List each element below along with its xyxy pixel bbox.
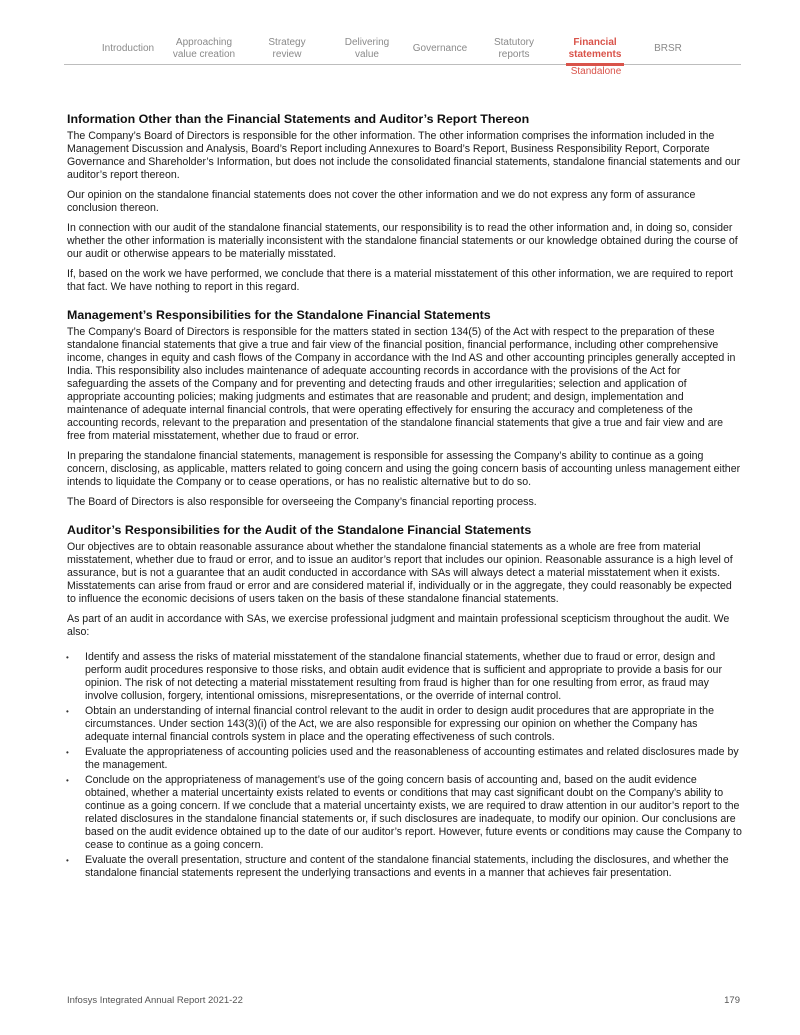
footer-report-title: Infosys Integrated Annual Report 2021-22 — [67, 995, 243, 1006]
paragraph: Our opinion on the standalone financial … — [67, 189, 743, 215]
bullet-item: Obtain an understanding of internal fina… — [67, 705, 743, 744]
section-management-responsibilities: Management’s Responsibilities for the St… — [67, 308, 743, 509]
section-heading: Auditor’s Responsibilities for the Audit… — [67, 523, 743, 538]
nav-governance[interactable]: Governance — [408, 34, 472, 64]
paragraph: The Board of Directors is also responsib… — [67, 496, 743, 509]
paragraph: Our objectives are to obtain reasonable … — [67, 541, 743, 606]
bullet-item: Evaluate the overall presentation, struc… — [67, 854, 743, 880]
nav-brsr[interactable]: BRSR — [642, 34, 694, 64]
nav-approaching-value-creation[interactable]: Approaching value creation — [168, 34, 240, 64]
paragraph: The Company’s Board of Directors is resp… — [67, 326, 743, 443]
bullet-item: Identify and assess the risks of materia… — [67, 651, 743, 703]
paragraph: The Company’s Board of Directors is resp… — [67, 130, 743, 182]
paragraph: As part of an audit in accordance with S… — [67, 613, 743, 639]
bullet-list: Identify and assess the risks of materia… — [67, 651, 743, 880]
nav-delivering-value[interactable]: Delivering value — [332, 34, 402, 64]
bullet-item: Evaluate the appropriateness of accounti… — [67, 746, 743, 772]
nav-strategy-review[interactable]: Strategy review — [254, 34, 320, 64]
nav-statutory-reports[interactable]: Statutory reports — [482, 34, 546, 64]
section-nav: Introduction Approaching value creation … — [64, 34, 741, 65]
subnav-standalone[interactable]: Standalone — [566, 66, 626, 77]
section-auditor-responsibilities: Auditor’s Responsibilities for the Audit… — [67, 523, 743, 880]
paragraph: In preparing the standalone financial st… — [67, 450, 743, 489]
paragraph: If, based on the work we have performed,… — [67, 268, 743, 294]
paragraph: In connection with our audit of the stan… — [67, 222, 743, 261]
section-heading: Information Other than the Financial Sta… — [67, 112, 743, 127]
section-other-information: Information Other than the Financial Sta… — [67, 112, 743, 294]
bullet-item: Conclude on the appropriateness of manag… — [67, 774, 743, 852]
nav-financial-statements[interactable]: Financial statements — [562, 34, 628, 64]
page-number: 179 — [724, 995, 740, 1006]
section-heading: Management’s Responsibilities for the St… — [67, 308, 743, 323]
report-content: Information Other than the Financial Sta… — [67, 112, 743, 894]
nav-introduction[interactable]: Introduction — [94, 34, 162, 64]
